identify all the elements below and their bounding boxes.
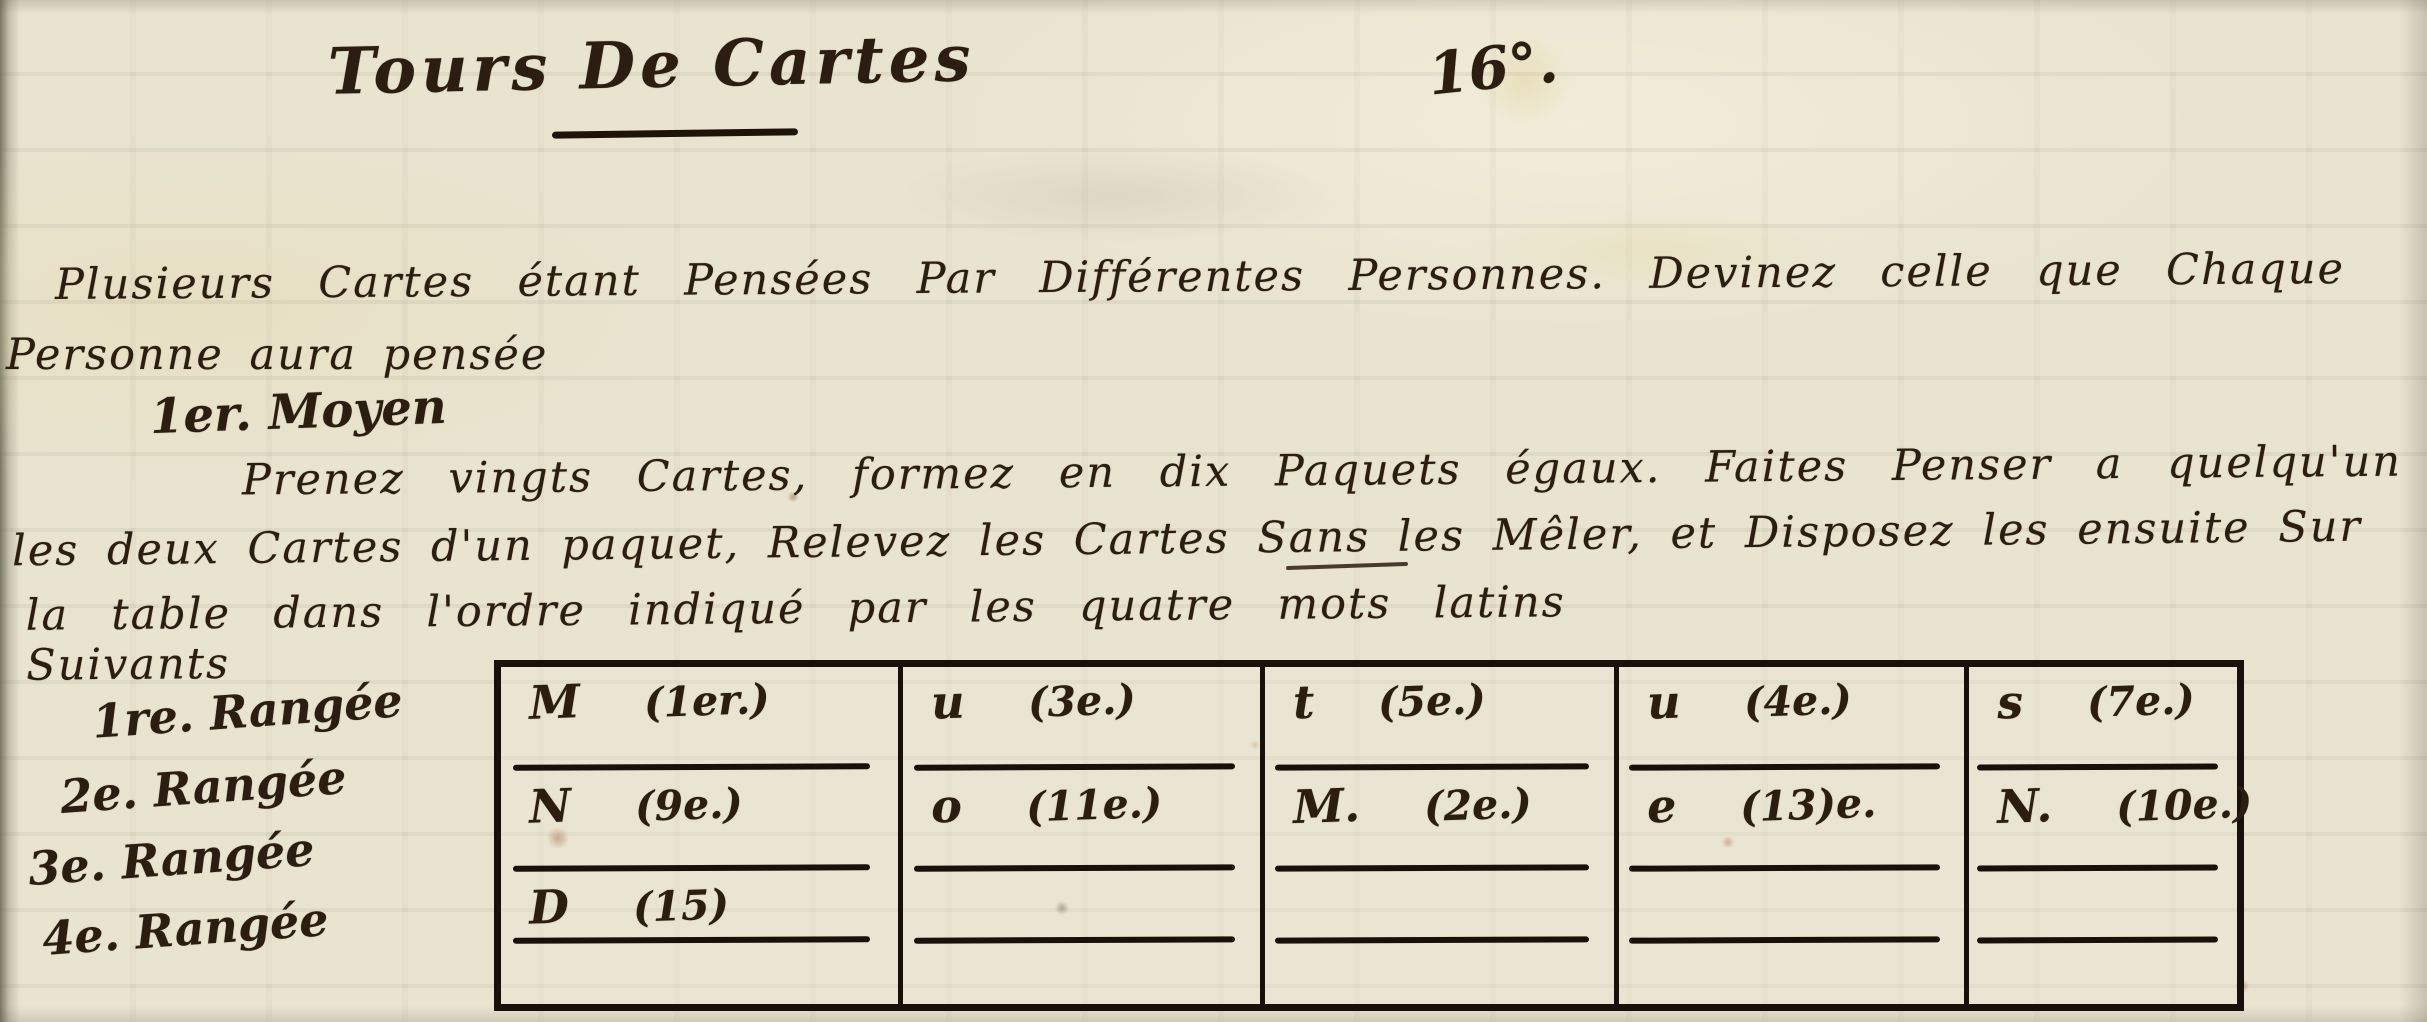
cell-ordinal: (11e.) xyxy=(1025,777,1163,832)
cell-ordinal: (1er.) xyxy=(643,673,770,727)
cell-ordinal: (10e.) xyxy=(2115,777,2253,832)
cell-ordinal: (9e.) xyxy=(634,777,743,831)
row-label-3: 3e. Rangée xyxy=(26,822,316,896)
row-label-2: 2e. Rangée xyxy=(58,750,348,824)
cell-letter: N xyxy=(528,778,572,833)
table-cell-r2c1: N (9e.) xyxy=(501,771,903,872)
table-cell-r4c4 xyxy=(1619,944,1969,1004)
pen-stroke-dash xyxy=(1286,562,1408,570)
table-cell-r1c4: u (4e.) xyxy=(1619,667,1969,771)
cell-letter: N. xyxy=(1996,778,2053,834)
cell-letter: e xyxy=(1646,779,1677,834)
page-title: Tours De Cartes xyxy=(327,21,976,110)
cell-letter: M. xyxy=(1292,778,1361,834)
intro-line-1: Plusieurs Cartes étant Pensées Par Diffé… xyxy=(55,244,2345,310)
table-cell-r4c2 xyxy=(903,944,1265,1004)
table-cell-r3c2 xyxy=(903,872,1265,944)
table-cell-r2c5: N. (10e.) xyxy=(1969,771,2237,872)
title-underline xyxy=(552,128,798,138)
cell-ordinal: (5e.) xyxy=(1377,673,1486,727)
table-cell-r1c2: u (3e.) xyxy=(903,667,1265,771)
table-cell-r1c3: t (5e.) xyxy=(1265,667,1619,771)
manuscript-page: Tours De Cartes 16°. Plusieurs Cartes ét… xyxy=(0,0,2427,1022)
method-line-1: Prenez vingts Cartes, formez en dix Paqu… xyxy=(242,437,2402,506)
table-cell-r3c5 xyxy=(1969,872,2237,944)
method-heading: 1er. Moyen xyxy=(149,379,447,445)
table-cell-r2c3: M. (2e.) xyxy=(1265,771,1619,872)
cell-letter: o xyxy=(930,778,963,833)
cell-letter: D xyxy=(528,879,570,934)
table-cell-r4c5 xyxy=(1969,944,2237,1004)
cell-ordinal: (4e.) xyxy=(1744,673,1853,727)
table-cell-r4c1 xyxy=(501,944,903,1004)
cell-letter: s xyxy=(1996,675,2024,730)
table-cell-r1c1: M (1er.) xyxy=(501,667,903,771)
cell-letter: t xyxy=(1292,675,1315,730)
card-table: M (1er.) u (3e.) t (5e.) u (4e.) s (7e.)… xyxy=(494,660,2244,1011)
cell-letter: M xyxy=(528,674,581,730)
cell-letter: u xyxy=(1646,674,1681,729)
cell-ordinal: (7e.) xyxy=(2086,673,2195,727)
table-cell-r2c4: e (13)e. xyxy=(1619,771,1969,872)
cell-ordinal: (15) xyxy=(632,878,730,931)
table-cell-r3c3 xyxy=(1265,872,1619,944)
cell-ordinal: (3e.) xyxy=(1028,673,1137,727)
table-cell-r3c1: D (15) xyxy=(501,872,903,944)
table-cell-r2c2: o (11e.) xyxy=(903,771,1265,872)
intro-line-2: Personne aura pensée xyxy=(6,330,548,380)
cell-ordinal: (2e.) xyxy=(1423,777,1532,831)
page-number: 16°. xyxy=(1425,27,1561,108)
row-label-4: 4e. Rangée xyxy=(40,892,330,966)
cell-letter: u xyxy=(930,674,965,729)
table-cell-r3c4 xyxy=(1619,872,1969,944)
table-cell-r4c3 xyxy=(1265,944,1619,1004)
cell-ordinal: (13)e. xyxy=(1739,777,1877,832)
method-line-2: les deux Cartes d'un paquet, Relevez les… xyxy=(12,502,2362,577)
table-cell-r1c5: s (7e.) xyxy=(1969,667,2237,771)
